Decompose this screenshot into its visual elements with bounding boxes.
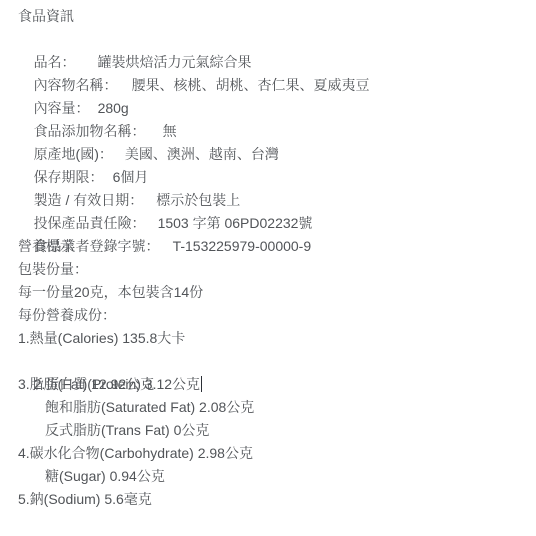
field-value: 美國、澳洲、越南、台灣 (125, 143, 279, 166)
field-value: 標示於包裝上 (156, 189, 240, 212)
field-label: 投保產品責任險： (34, 215, 146, 231)
food-info-section-title: 食品資訊 (18, 5, 522, 28)
field-value: 腰果、核桃、胡桃、杏仁果、夏威夷豆 (132, 74, 370, 97)
package-servings-label: 包裝份量： (18, 258, 522, 281)
per-serving-label: 每份營養成份： (18, 304, 522, 327)
field-value: 罐裝烘焙活力元氣綜合果 (98, 51, 252, 74)
product-description-editor[interactable]: 食品資訊 品名：罐裝烘焙活力元氣綜合果 內容物名稱：腰果、核桃、胡桃、杏仁果、夏… (0, 0, 536, 536)
field-value: 6個月 (113, 166, 149, 189)
nutrition-item-trans-fat: 反式脂肪(Trans Fat) 0公克 (18, 419, 522, 442)
field-label: 品名： (34, 54, 76, 70)
nutrition-item-carbohydrate: 4.碳水化合物(Carbohydrate) 2.98公克 (18, 442, 522, 465)
field-row-product-name: 品名：罐裝烘焙活力元氣綜合果 (18, 28, 522, 51)
field-value: 280g (98, 97, 129, 120)
serving-info: 每一份量20克，本包裝含14份 (18, 281, 522, 304)
nutrition-item-fat: 3.脂肪(Fat) 12.92公克 (18, 373, 522, 396)
nutrition-item-saturated-fat: 飽和脂肪(Saturated Fat) 2.08公克 (18, 396, 522, 419)
field-value: 無 (163, 120, 177, 143)
field-label: 保存期限： (34, 169, 104, 185)
nutrition-item-protein: 2.蛋白質(Protein) 3.12公克 (18, 350, 522, 373)
nutrition-item-calories: 1.熱量(Calories) 135.8大卡 (18, 327, 522, 350)
nutrition-item-sodium: 5.鈉(Sodium) 5.6毫克 (18, 488, 522, 511)
field-label: 原產地(國)： (34, 146, 113, 162)
field-label: 食品添加物名稱： (34, 123, 146, 139)
field-label: 製造 / 有效日期： (34, 192, 144, 208)
field-label: 內容物名稱： (34, 77, 118, 93)
text-caret (201, 376, 202, 392)
nutrition-item-sugar: 糖(Sugar) 0.94公克 (18, 465, 522, 488)
field-value: T-153225979-00000-9 (173, 235, 312, 258)
field-value: 1503 字第 06PD02232號 (158, 212, 313, 235)
field-label: 內容量： (34, 100, 90, 116)
